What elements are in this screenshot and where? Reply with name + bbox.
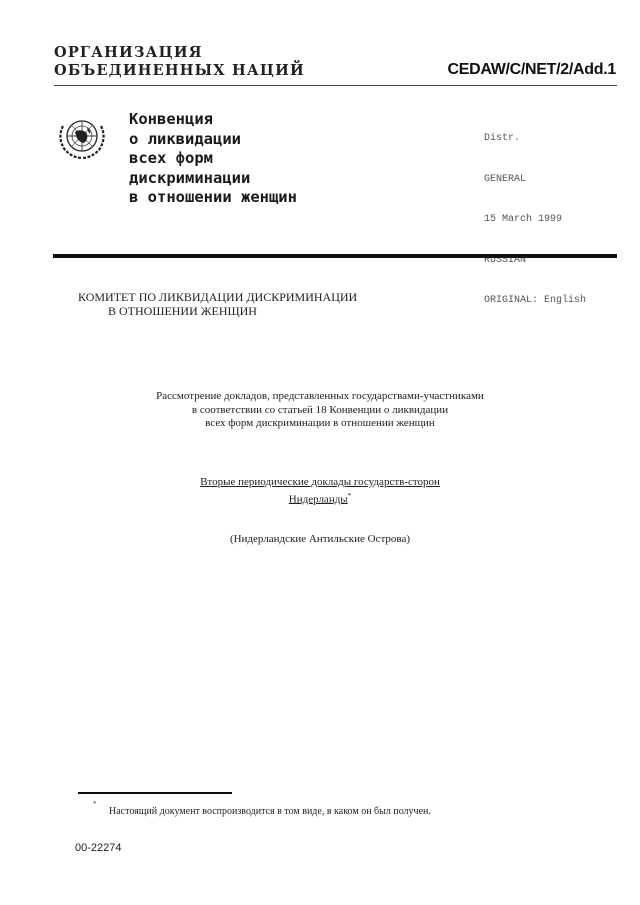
header-thick-divider — [53, 254, 617, 258]
organization-name: ОРГАНИЗАЦИЯ ОБЪЕДИНЕННЫХ НАЦИЙ — [54, 44, 305, 80]
un-emblem-icon — [53, 112, 111, 164]
header-divider — [54, 85, 617, 86]
convention-line: дискриминации — [129, 169, 297, 189]
distr-original: ORIGINAL: English — [484, 294, 586, 308]
distribution-block: Distr. GENERAL 15 March 1999 RUSSIAN ORI… — [484, 105, 586, 321]
committee-line-1: КОМИТЕТ ПО ЛИКВИДАЦИИ ДИСКРИМИНАЦИИ — [78, 290, 357, 304]
org-line-1: ОРГАНИЗАЦИЯ — [54, 44, 305, 62]
committee-line-2: В ОТНОШЕНИИ ЖЕНЩИН — [78, 304, 357, 318]
committee-name: КОМИТЕТ ПО ЛИКВИДАЦИИ ДИСКРИМИНАЦИИ В ОТ… — [78, 290, 357, 318]
consideration-line: в соответствии со статьей 18 Конвенции о… — [0, 404, 640, 418]
convention-line: всех форм — [129, 149, 297, 169]
consideration-line: всех форм дискриминации в отношении женщ… — [0, 417, 640, 431]
territory-subtitle: (Нидерландские Антильские Острова) — [0, 533, 640, 545]
document-symbol: CEDAW/C/NET/2/Add.1 — [447, 61, 616, 79]
reports-heading: Вторые периодические доклады государств-… — [0, 476, 640, 507]
reports-line-2: Нидерланды — [289, 493, 348, 505]
org-line-2: ОБЪЕДИНЕННЫХ НАЦИЙ — [54, 62, 305, 80]
convention-line: в отношении женщин — [129, 188, 297, 208]
distr-type: GENERAL — [484, 173, 586, 187]
footnote-mark: * — [93, 800, 97, 808]
footnote-reference[interactable]: * — [348, 492, 352, 500]
distr-date: 15 March 1999 — [484, 213, 586, 227]
footnote-text: Настоящий документ воспроизводится в том… — [109, 806, 431, 817]
footnote-separator — [78, 792, 232, 794]
consideration-heading: Рассмотрение докладов, представленных го… — [0, 390, 640, 431]
consideration-line: Рассмотрение докладов, представленных го… — [0, 390, 640, 404]
convention-title: Конвенция о ликвидации всех форм дискрим… — [129, 110, 297, 208]
distr-label: Distr. — [484, 132, 586, 146]
reports-line-1: Вторые периодические доклады государств-… — [200, 476, 440, 488]
convention-line: о ликвидации — [129, 130, 297, 150]
document-number: 00-22274 — [75, 842, 122, 854]
convention-line: Конвенция — [129, 110, 297, 130]
